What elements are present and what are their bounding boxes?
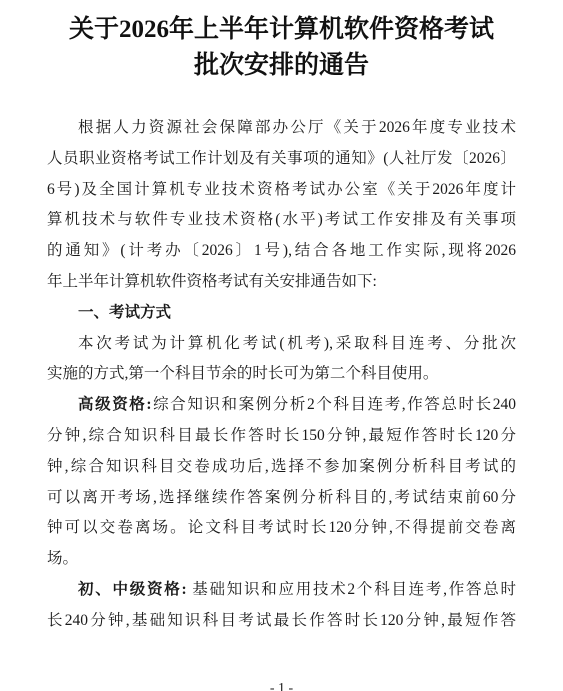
document-body: 根据人力资源社会保障部办公厅《关于2026年度专业技术人员职业资格考试工作计划及… [47, 113, 516, 637]
body-line: 长240分钟,基础知识科目考试最长作答时长120分钟,最短作答 [47, 606, 516, 637]
paragraph-lead: 初、中级资格: [78, 581, 192, 598]
body-line: 本次考试为计算机化考试(机考),采取科目连考、分批次 [47, 329, 516, 360]
body-line: 人员职业资格考试工作计划及有关事项的通知》(人社厅发〔2026〕 [47, 144, 516, 175]
title-line-1: 关于2026年上半年计算机软件资格考试 [0, 12, 563, 48]
body-line: 一、考试方式 [47, 298, 516, 329]
body-line: 钟,综合知识科目交卷成功后,选择不参加案例分析科目考试的 [47, 452, 516, 483]
body-line: 高级资格:综合知识和案例分析2个科目连考,作答总时长240 [47, 390, 516, 421]
document-title: 关于2026年上半年计算机软件资格考试 批次安排的通告 [0, 12, 563, 84]
body-line: 初、中级资格: 基础知识和应用技术2个科目连考,作答总时 [47, 575, 516, 606]
body-line: 场。 [47, 544, 516, 575]
paragraph-lead: 高级资格: [78, 396, 152, 413]
body-line: 年上半年计算机软件资格考试有关安排通告如下: [47, 267, 516, 298]
document-page: 关于2026年上半年计算机软件资格考试 批次安排的通告 根据人力资源社会保障部办… [0, 0, 563, 691]
body-line: 可以离开考场,选择继续作答案例分析科目的,考试结束前60分 [47, 483, 516, 514]
body-line: 分钟,综合知识科目最长作答时长150分钟,最短作答时长120分 [47, 421, 516, 452]
title-line-2: 批次安排的通告 [0, 48, 563, 84]
body-line: 算机技术与软件专业技术资格(水平)考试工作安排及有关事项 [47, 205, 516, 236]
page-number: - 1 - [0, 681, 563, 691]
body-line: 实施的方式,第一个科目节余的时长可为第二个科目使用。 [47, 359, 516, 390]
body-line: 根据人力资源社会保障部办公厅《关于2026年度专业技术 [47, 113, 516, 144]
body-line: 的通知》(计考办〔2026〕1号),结合各地工作实际,现将2026 [47, 236, 516, 267]
body-line: 6号)及全国计算机专业技术资格考试办公室《关于2026年度计 [47, 175, 516, 206]
body-line: 钟可以交卷离场。论文科目考试时长120分钟,不得提前交卷离 [47, 513, 516, 544]
